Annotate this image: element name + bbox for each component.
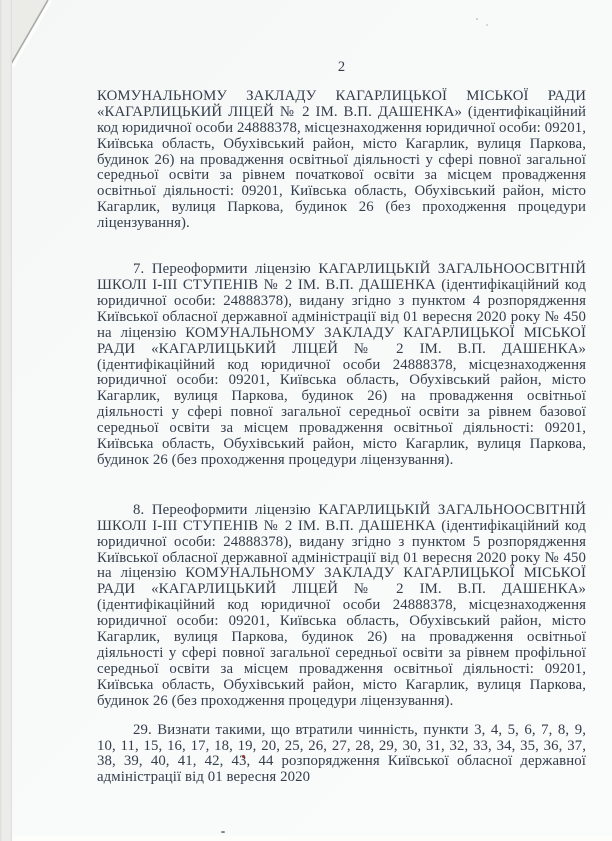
scanner-bed-strip — [0, 0, 12, 841]
paragraph-item-7: 7. Переоформити ліцензію КАГАРЛИЦЬКІЙ ЗА… — [97, 262, 586, 469]
scan-speck-red — [242, 755, 245, 758]
paragraph-item-29: 29. Визнати такими, що втратили чинність… — [97, 723, 586, 787]
page-bottom-edge — [12, 836, 612, 841]
scan-speck-dark — [221, 831, 225, 833]
document-text-column: 2 КОМУНАЛЬНОМУ ЗАКЛАДУ КАГАРЛИЦЬКОЇ МІСЬ… — [97, 0, 586, 786]
paragraph-license-continuation: КОМУНАЛЬНОМУ ЗАКЛАДУ КАГАРЛИЦЬКОЇ МІСЬКО… — [97, 89, 586, 232]
scan-speck-faint — [486, 24, 488, 26]
scan-speck-mid — [434, 607, 436, 609]
paragraph-item-8: 8. Переоформити ліцензію КАГАРЛИЦЬКІЙ ЗА… — [97, 503, 586, 710]
scan-speck-faint — [476, 18, 478, 20]
folded-corner — [12, 0, 72, 80]
scanned-document-screenshot: { "document": { "page_number": "2", "lan… — [0, 0, 612, 841]
page-number: 2 — [97, 60, 586, 76]
